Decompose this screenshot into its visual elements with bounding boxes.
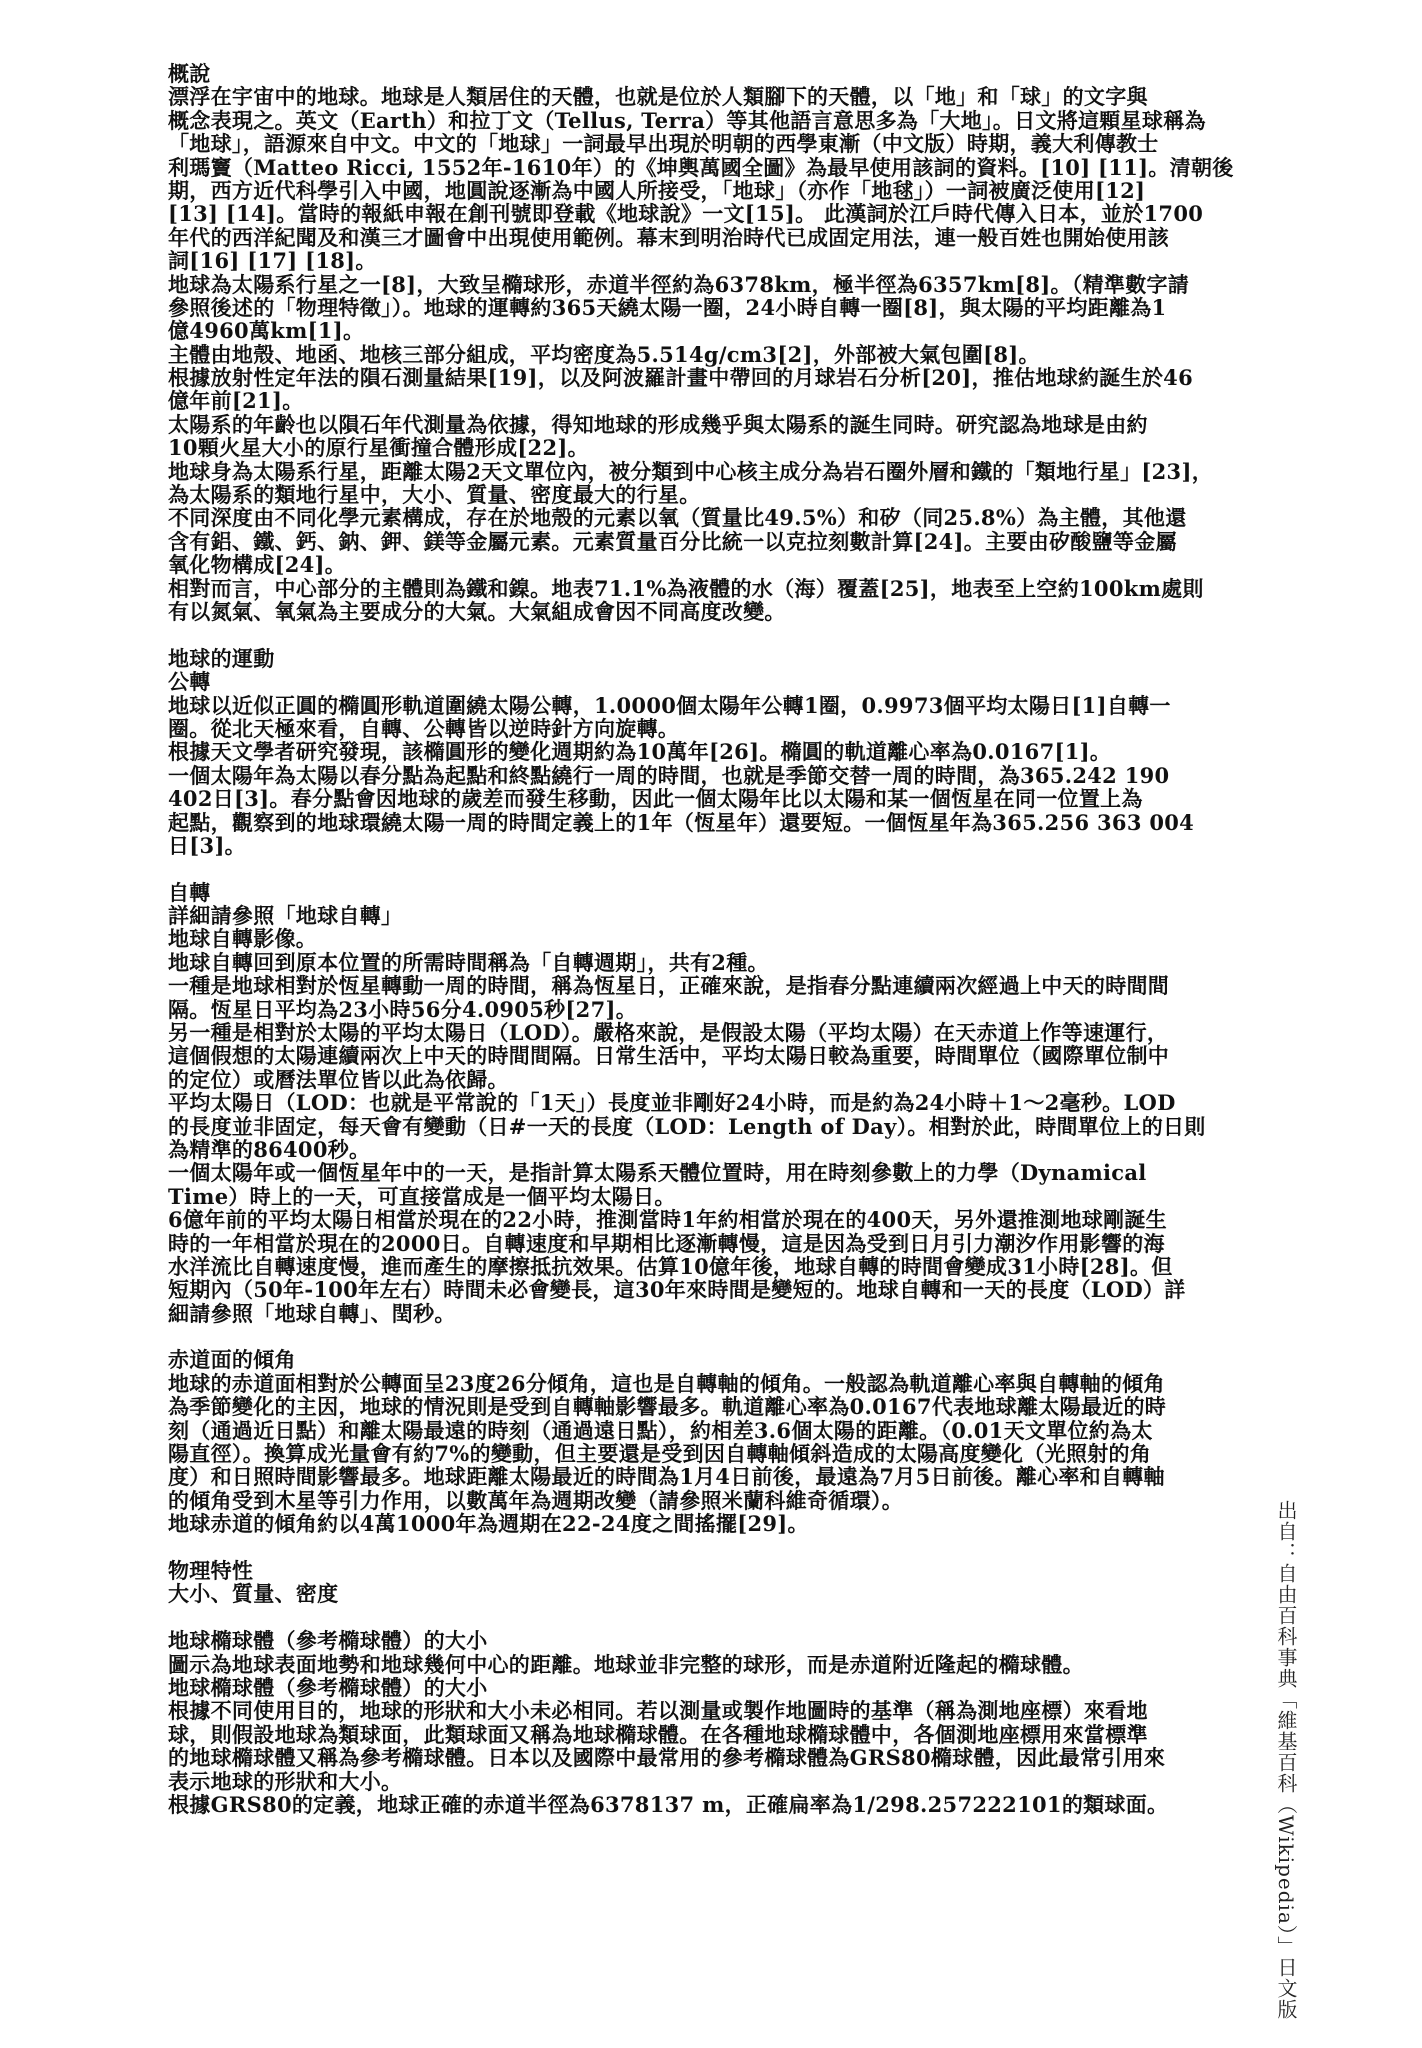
text-line: Time）時上的一天，可直接當成是一個平均太陽日。 bbox=[168, 1185, 1168, 1208]
section-heading: 地球橢球體（參考橢球體）的大小 bbox=[168, 1629, 1168, 1652]
section-motion: 地球的運動公轉地球以近似正圓的橢圓形軌道圍繞太陽公轉，1.0000個太陽年公轉1… bbox=[168, 647, 1168, 881]
section-heading: 公轉 bbox=[168, 670, 1168, 693]
text-line: 度）和日照時間影響最多。地球距離太陽最近的時間為1月4日前後，最遠為7月5日前後… bbox=[168, 1465, 1168, 1488]
section-physical: 物理特性大小、質量、密度地球橢球體（參考橢球體）的大小圖示為地球表面地勢和地球幾… bbox=[168, 1559, 1168, 1816]
text-line: 另一種是相對於太陽的平均太陽日（LOD）。嚴格來說，是假設太陽（平均太陽）在天赤… bbox=[168, 1021, 1168, 1044]
text-line: 這個假想的太陽連續兩次上中天的時間間隔。日常生活中，平均太陽日較為重要，時間單位… bbox=[168, 1044, 1168, 1067]
text-line: 圈。從北天極來看，自轉、公轉皆以逆時針方向旋轉。 bbox=[168, 717, 1168, 740]
text-line: 起點，觀察到的地球環繞太陽一周的時間定義上的1年（恆星年）還要短。一個恆星年為3… bbox=[168, 811, 1168, 834]
paragraph-gap bbox=[168, 1606, 1168, 1629]
paragraph-gap bbox=[168, 1325, 1168, 1348]
text-line: 10顆火星大小的原行星衝撞合體形成[22]。 bbox=[168, 436, 1168, 459]
text-line: 詞[16] [17] [18]。 bbox=[168, 249, 1168, 272]
text-line: 期，西方近代科學引入中國，地圓說逐漸為中國人所接受，「地球」（亦作「地毬」）一詞… bbox=[168, 179, 1168, 202]
text-line: 根據不同使用目的，地球的形狀和大小未必相同。若以測量或製作地圖時的基準（稱為測地… bbox=[168, 1699, 1168, 1722]
text-line: 含有鋁、鐵、鈣、鈉、鉀、鎂等金屬元素。元素質量百分比統一以克拉刻數計算[24]。… bbox=[168, 530, 1168, 553]
text-line: 根據天文學者研究發現，該橢圓形的變化週期約為10萬年[26]。橢圓的軌道離心率為… bbox=[168, 740, 1168, 763]
text-line: 地球自轉回到原本位置的所需時間稱為「自轉週期」，共有2種。 bbox=[168, 951, 1168, 974]
text-line: 為精準的86400秒。 bbox=[168, 1138, 1168, 1161]
section-heading: 物理特性 bbox=[168, 1559, 1168, 1582]
text-line: 水洋流比自轉速度慢，進而產生的摩擦抵抗效果。估算10億年後，地球自轉的時間會變成… bbox=[168, 1255, 1168, 1278]
text-line: 一個太陽年或一個恆星年中的一天，是指計算太陽系天體位置時，用在時刻參數上的力學（… bbox=[168, 1161, 1168, 1184]
text-line: 地球以近似正圓的橢圓形軌道圍繞太陽公轉，1.0000個太陽年公轉1圈，0.997… bbox=[168, 694, 1168, 717]
text-line: 年代的西洋紀聞及和漢三才圖會中出現使用範例。幕末到明治時代已成固定用法，連一般百… bbox=[168, 226, 1168, 249]
text-line: 地球自轉影像。 bbox=[168, 927, 1168, 950]
text-line: 為太陽系的類地行星中，大小、質量、密度最大的行星。 bbox=[168, 483, 1168, 506]
text-line: 的地球橢球體又稱為參考橢球體。日本以及國際中最常用的參考橢球體為GRS80橢球體… bbox=[168, 1746, 1168, 1769]
text-line: 細請參照「地球自轉」、閏秒。 bbox=[168, 1302, 1168, 1325]
text-line: 的長度並非固定，每天會有變動（日#一天的長度（LOD：Length of Day… bbox=[168, 1115, 1168, 1138]
text-line: 陽直徑）。換算成光量會有約7%的變動，但主要還是受到因自轉軸傾斜造成的太陽高度變… bbox=[168, 1442, 1168, 1465]
section-heading: 自轉 bbox=[168, 881, 1168, 904]
paragraph-gap bbox=[168, 857, 1168, 880]
text-line: 刻（通過近日點）和離太陽最遠的時刻（通過遠日點），約相差3.6個太陽的距離。（0… bbox=[168, 1419, 1168, 1442]
text-line: 地球為太陽系行星之一[8]，大致呈橢球形，赤道半徑約為6378km，極半徑為63… bbox=[168, 273, 1168, 296]
text-line: 不同深度由不同化學元素構成，存在於地殼的元素以氧（質量比49.5%）和矽（同25… bbox=[168, 506, 1168, 529]
text-line: 日[3]。 bbox=[168, 834, 1168, 857]
article-body: 概說漂浮在宇宙中的地球。地球是人類居住的天體，也就是位於人類腳下的天體，以「地」… bbox=[168, 62, 1168, 1816]
text-line: 詳細請參照「地球自轉」 bbox=[168, 904, 1168, 927]
text-line: 一個太陽年為太陽以春分點為起點和終點繞行一周的時間，也就是季節交替一周的時間，為… bbox=[168, 764, 1168, 787]
section-heading: 大小、質量、密度 bbox=[168, 1582, 1168, 1605]
section-heading: 地球的運動 bbox=[168, 647, 1168, 670]
text-line: 概念表現之。英文（Earth）和拉丁文（Tellus, Terra）等其他語言意… bbox=[168, 109, 1168, 132]
text-line: 地球赤道的傾角約以4萬1000年為週期在22-24度之間搖擺[29]。 bbox=[168, 1512, 1168, 1535]
text-line: 一種是地球相對於恆星轉動一周的時間，稱為恆星日，正確來說，是指春分點連續兩次經過… bbox=[168, 974, 1168, 997]
text-line: 有以氮氣、氧氣為主要成分的大氣。大氣組成會因不同高度改變。 bbox=[168, 600, 1168, 623]
text-line: 時的一年相當於現在的2000日。自轉速度和早期相比逐漸轉慢，這是因為受到日月引力… bbox=[168, 1232, 1168, 1255]
text-line: 地球身為太陽系行星，距離太陽2天文單位內，被分類到中心核主成分為岩石圈外層和鐵的… bbox=[168, 460, 1168, 483]
text-line: 表示地球的形狀和大小。 bbox=[168, 1770, 1168, 1793]
text-line: 利瑪竇（Matteo Ricci, 1552年-1610年）的《坤輿萬國全圖》為… bbox=[168, 156, 1168, 179]
text-line: 圖示為地球表面地勢和地球幾何中心的距離。地球並非完整的球形，而是赤道附近隆起的橢… bbox=[168, 1653, 1168, 1676]
text-line: 6億年前的平均太陽日相當於現在的22小時，推測當時1年約相當於現在的400天，另… bbox=[168, 1208, 1168, 1231]
text-line: 根據放射性定年法的隕石測量結果[19]，以及阿波羅計畫中帶回的月球岩石分析[20… bbox=[168, 366, 1168, 389]
text-line: 的定位）或曆法單位皆以此為依歸。 bbox=[168, 1068, 1168, 1091]
section-rotation: 自轉詳細請參照「地球自轉」地球自轉影像。地球自轉回到原本位置的所需時間稱為「自轉… bbox=[168, 881, 1168, 1349]
text-line: [13] [14]。當時的報紙申報在創刊號即登載《地球說》一文[15]。 此漢詞… bbox=[168, 202, 1168, 225]
section-heading: 概說 bbox=[168, 62, 1168, 85]
text-line: 參照後述的「物理特徵」）。地球的運轉約365天繞太陽一圈，24小時自轉一圈[8]… bbox=[168, 296, 1168, 319]
text-line: 「地球」，語源來自中文。中文的「地球」一詞最早出現於明朝的西學東漸（中文版）時期… bbox=[168, 132, 1168, 155]
text-line: 平均太陽日（LOD：也就是平常說的「1天」）長度並非剛好24小時，而是約為24小… bbox=[168, 1091, 1168, 1114]
text-line: 根據GRS80的定義，地球正確的赤道半徑為6378137 m，正確扁率為1/29… bbox=[168, 1793, 1168, 1816]
section-heading: 赤道面的傾角 bbox=[168, 1348, 1168, 1371]
text-line: 隔。恆星日平均為23小時56分4.0905秒[27]。 bbox=[168, 998, 1168, 1021]
text-line: 億年前[21]。 bbox=[168, 389, 1168, 412]
text-line: 短期內（50年-100年左右）時間未必會變長，這30年來時間是變短的。地球自轉和… bbox=[168, 1278, 1168, 1301]
text-line: 氧化物構成[24]。 bbox=[168, 553, 1168, 576]
text-line: 主體由地殼、地函、地核三部分組成，平均密度為5.514g/cm3[2]，外部被大… bbox=[168, 343, 1168, 366]
text-line: 地球的赤道面相對於公轉面呈23度26分傾角，這也是自轉軸的傾角。一般認為軌道離心… bbox=[168, 1372, 1168, 1395]
paragraph-gap bbox=[168, 1536, 1168, 1559]
text-line: 的傾角受到木星等引力作用，以數萬年為週期改變（請參照米蘭科維奇循環）。 bbox=[168, 1489, 1168, 1512]
text-line: 太陽系的年齡也以隕石年代測量為依據，得知地球的形成幾乎與太陽系的誕生同時。研究認… bbox=[168, 413, 1168, 436]
text-line: 漂浮在宇宙中的地球。地球是人類居住的天體，也就是位於人類腳下的天體，以「地」和「… bbox=[168, 85, 1168, 108]
source-attribution: 出自：自由百科事典「維基百科（Wikipedia）」日文版 bbox=[1272, 1500, 1301, 2020]
section-overview: 概說漂浮在宇宙中的地球。地球是人類居住的天體，也就是位於人類腳下的天體，以「地」… bbox=[168, 62, 1168, 647]
text-line: 402日[3]。春分點會因地球的歲差而發生移動，因此一個太陽年比以太陽和某一個恆… bbox=[168, 787, 1168, 810]
section-heading: 地球橢球體（參考橢球體）的大小 bbox=[168, 1676, 1168, 1699]
text-line: 為季節變化的主因，地球的情況則是受到自轉軸影響最多。軌道離心率為0.0167代表… bbox=[168, 1395, 1168, 1418]
text-line: 球，則假設地球為類球面，此類球面又稱為地球橢球體。在各種地球橢球體中，各個測地座… bbox=[168, 1723, 1168, 1746]
paragraph-gap bbox=[168, 623, 1168, 646]
text-line: 億4960萬km[1]。 bbox=[168, 319, 1168, 342]
section-obliquity: 赤道面的傾角地球的赤道面相對於公轉面呈23度26分傾角，這也是自轉軸的傾角。一般… bbox=[168, 1348, 1168, 1559]
text-line: 相對而言，中心部分的主體則為鐵和鎳。地表71.1%為液體的水（海）覆蓋[25]，… bbox=[168, 577, 1168, 600]
